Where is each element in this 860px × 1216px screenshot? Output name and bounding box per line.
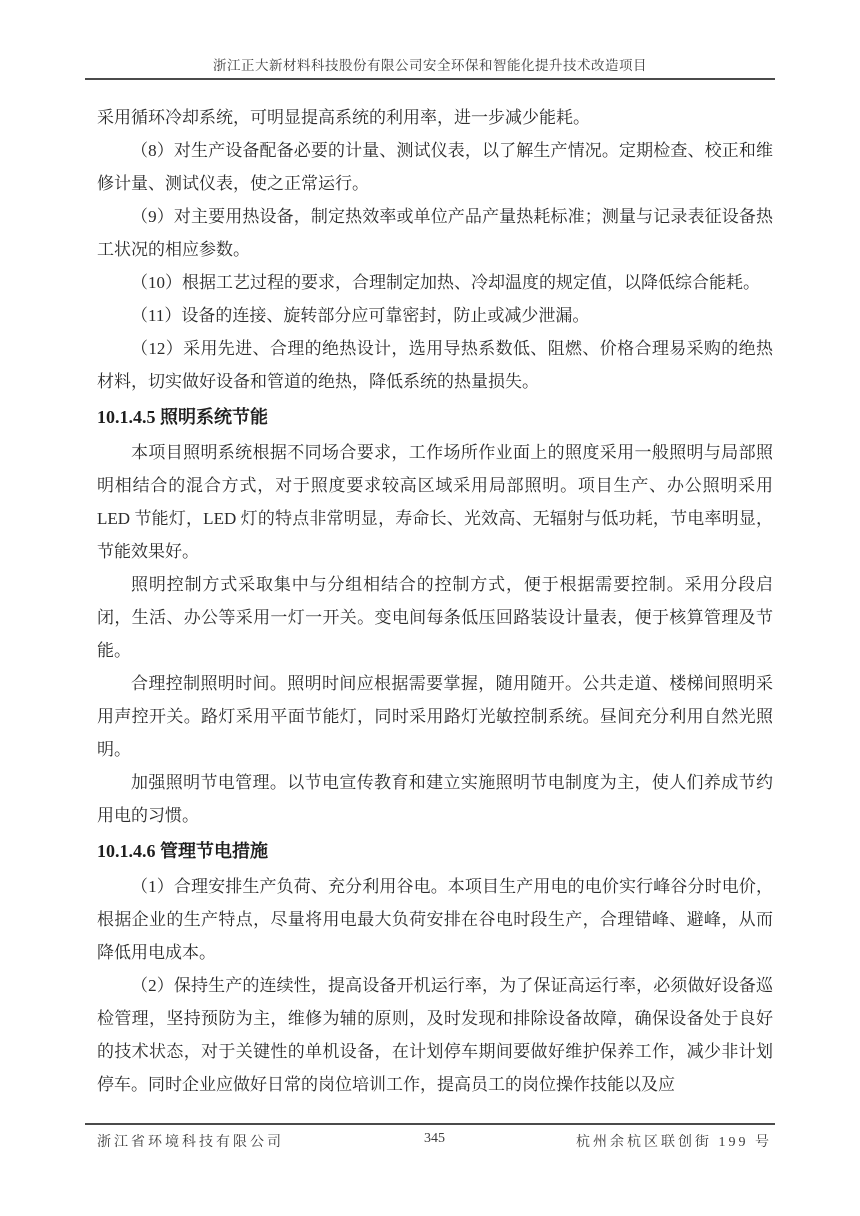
paragraph: （12）采用先进、合理的绝热设计，选用导热系数低、阻燃、价格合理易采购的绝热材料… (97, 332, 773, 398)
paragraph: 本项目照明系统根据不同场合要求，工作场所作业面上的照度采用一般照明与局部照明相结… (97, 436, 773, 568)
paragraph: （1）合理安排生产负荷、充分利用谷电。本项目生产用电的电价实行峰谷分时电价，根据… (97, 870, 773, 969)
footer-rule (85, 1123, 775, 1125)
document-body: 采用循环冷却系统，可明显提高系统的利用率，进一步减少能耗。（8）对生产设备配备必… (97, 101, 773, 1101)
document-page: 浙江正大新材料科技股份有限公司安全环保和智能化提升技术改造项目 采用循环冷却系统… (0, 0, 860, 1216)
header-title: 浙江正大新材料科技股份有限公司安全环保和智能化提升技术改造项目 (85, 54, 775, 74)
section-heading: 10.1.4.5 照明系统节能 (97, 398, 773, 436)
paragraph: （11）设备的连接、旋转部分应可靠密封，防止或减少泄漏。 (97, 299, 773, 332)
page-footer: 浙江省环境科技有限公司 345 杭州余杭区联创街 199 号 (97, 1131, 772, 1151)
footer-address: 杭州余杭区联创街 199 号 (576, 1131, 772, 1151)
paragraph: 合理控制照明时间。照明时间应根据需要掌握，随用随开。公共走道、楼梯间照明采用声控… (97, 667, 773, 766)
paragraph: 加强照明节电管理。以节电宣传教育和建立实施照明节电制度为主，使人们养成节约用电的… (97, 766, 773, 832)
section-heading: 10.1.4.6 管理节电措施 (97, 832, 773, 870)
paragraph: 照明控制方式采取集中与分组相结合的控制方式，便于根据需要控制。采用分段启闭，生活… (97, 568, 773, 667)
paragraph: （8）对生产设备配备必要的计量、测试仪表，以了解生产情况。定期检查、校正和维修计… (97, 134, 773, 200)
paragraph: （9）对主要用热设备，制定热效率或单位产品产量热耗标准；测量与记录表征设备热工状… (97, 200, 773, 266)
header-rule (85, 78, 775, 80)
footer-company: 浙江省环境科技有限公司 (97, 1131, 284, 1151)
paragraph: （10）根据工艺过程的要求，合理制定加热、冷却温度的规定值，以降低综合能耗。 (97, 266, 773, 299)
paragraph: （2）保持生产的连续性，提高设备开机运行率，为了保证高运行率，必须做好设备巡检管… (97, 969, 773, 1101)
paragraph: 采用循环冷却系统，可明显提高系统的利用率，进一步减少能耗。 (97, 101, 773, 134)
